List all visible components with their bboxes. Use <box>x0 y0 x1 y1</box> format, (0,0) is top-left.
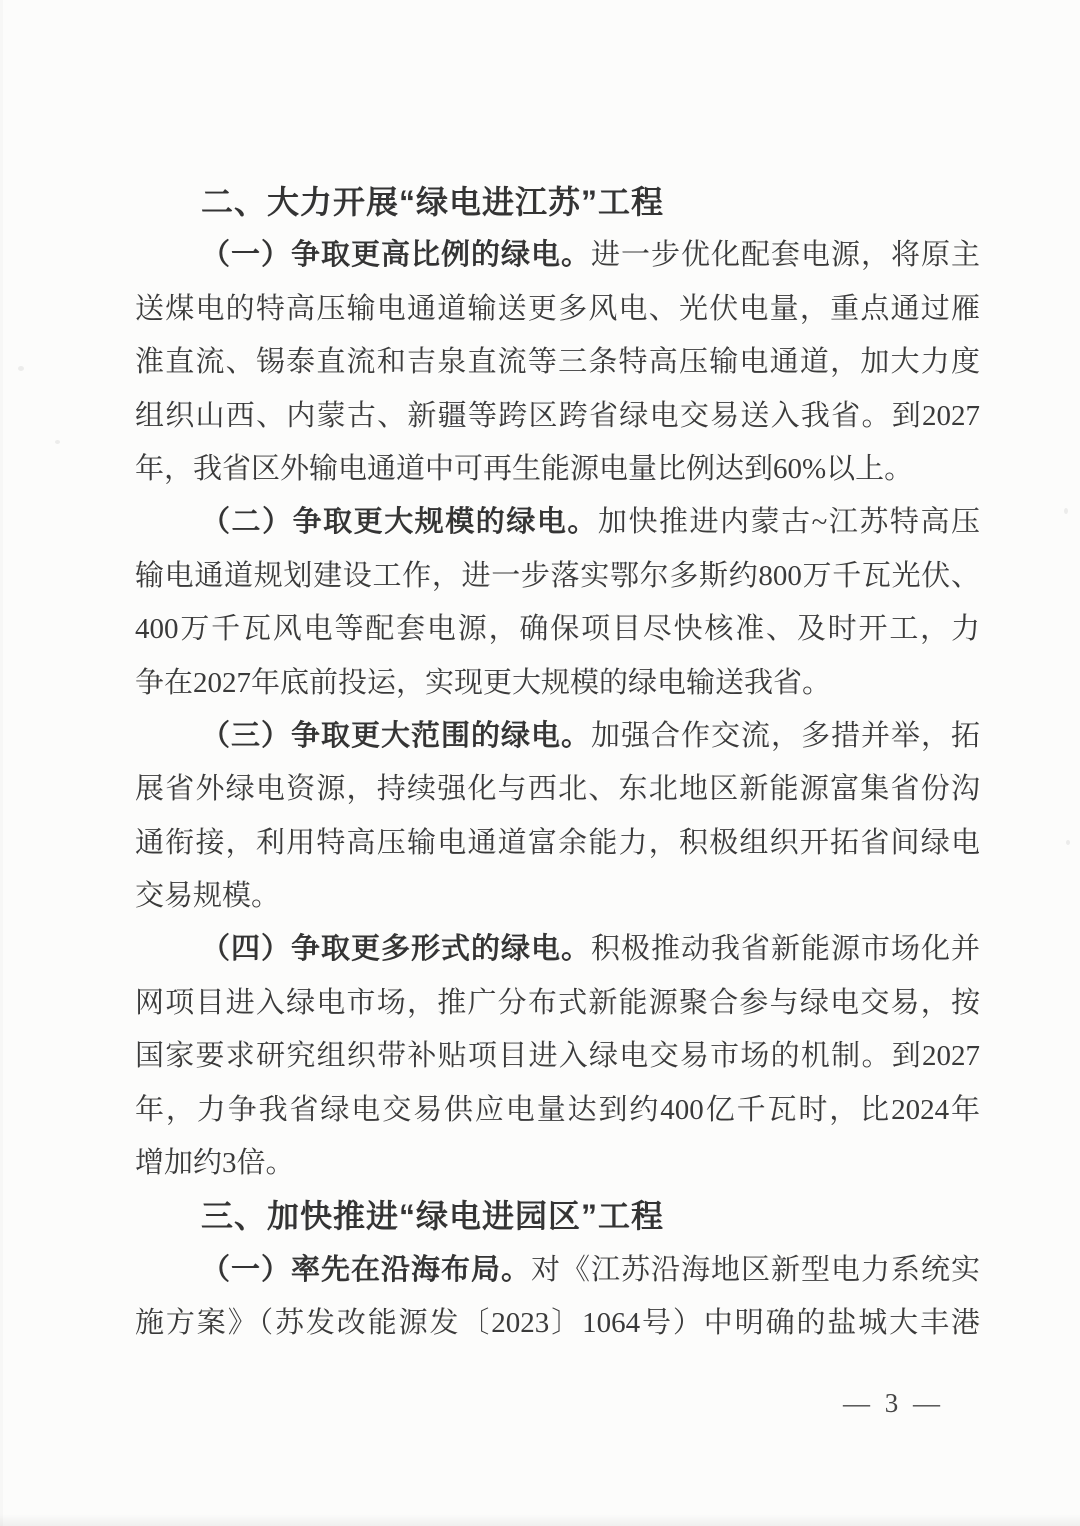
line-text: 送煤电的特高压输电通道输送更多风电、光伏电量，重点通过雁 <box>135 293 980 325</box>
scan-speck <box>1064 508 1068 514</box>
lead-bold-text: （一）率先在沿海布局。 <box>201 1254 531 1286</box>
heading-text: 三、加快推进“绿电进园区”工程 <box>201 1198 664 1234</box>
line-text: 争在2027年底前投运，实现更大规模的绿电输送我省。 <box>135 667 831 699</box>
body-line: 组织山西、内蒙古、新疆等跨区跨省绿电交易送入我省。到2027 <box>135 390 980 443</box>
lead-bold-text: （三）争取更大范围的绿电。 <box>201 720 591 752</box>
body-line: （二）争取更大规模的绿电。加快推进内蒙古~江苏特高压 <box>135 496 980 549</box>
line-text: 进一步优化配套电源，将原主 <box>591 239 980 271</box>
line-text: 输电通道规划建设工作，进一步落实鄂尔多斯约800万千瓦光伏、 <box>135 560 980 592</box>
body-line: 400万千瓦风电等配套电源，确保项目尽快核准、及时开工，力 <box>135 603 980 656</box>
body-line: （三）争取更大范围的绿电。加强合作交流，多措并举，拓 <box>135 710 980 763</box>
line-text: 淮直流、锡泰直流和吉泉直流等三条特高压输电通道，加大力度 <box>135 346 980 378</box>
line-text: 通衔接，利用特高压输电通道富余能力，积极组织开拓省间绿电 <box>135 827 980 859</box>
body-line: 施方案》（苏发改能源发〔2023〕1064号）中明确的盐城大丰港 <box>135 1297 980 1350</box>
lead-bold-text: （四）争取更多形式的绿电。 <box>201 933 591 965</box>
body-line: 增加约3倍。 <box>135 1137 980 1190</box>
scan-speck <box>55 440 60 444</box>
scan-edge-artifact <box>0 0 3 1526</box>
body-line: 年，我省区外输电通道中可再生能源电量比例达到60%以上。 <box>135 443 980 496</box>
line-text: 加快推进内蒙古~江苏特高压 <box>598 506 980 538</box>
body-line: （一）率先在沿海布局。对《江苏沿海地区新型电力系统实 <box>135 1244 980 1297</box>
body-line: 争在2027年底前投运，实现更大规模的绿电输送我省。 <box>135 657 980 710</box>
line-text: 年，力争我省绿电交易供应电量达到约400亿千瓦时，比2024年 <box>135 1094 980 1126</box>
line-text: 施方案》（苏发改能源发〔2023〕1064号）中明确的盐城大丰港 <box>135 1307 980 1339</box>
line-text: 网项目进入绿电市场，推广分布式新能源聚合参与绿电交易，按 <box>135 987 980 1019</box>
line-text: 国家要求研究组织带补贴项目进入绿电交易市场的机制。到2027 <box>135 1040 980 1072</box>
body-line: 通衔接，利用特高压输电通道富余能力，积极组织开拓省间绿电 <box>135 817 980 870</box>
line-text: 加强合作交流，多措并举，拓 <box>591 720 980 752</box>
scan-edge-artifact <box>0 1514 1080 1526</box>
body-line: 交易规模。 <box>135 870 980 923</box>
page-number: — 3 — <box>843 1388 944 1419</box>
body-line: 淮直流、锡泰直流和吉泉直流等三条特高压输电通道，加大力度 <box>135 336 980 389</box>
section-heading: 三、加快推进“绿电进园区”工程 <box>135 1190 980 1243</box>
body-line: 输电通道规划建设工作，进一步落实鄂尔多斯约800万千瓦光伏、 <box>135 550 980 603</box>
lead-bold-text: （一）争取更高比例的绿电。 <box>201 239 591 271</box>
document-page: 二、大力开展“绿电进江苏”工程 （一）争取更高比例的绿电。进一步优化配套电源，将… <box>0 0 1080 1526</box>
line-text: 积极推动我省新能源市场化并 <box>591 933 980 965</box>
document-body: 二、大力开展“绿电进江苏”工程 （一）争取更高比例的绿电。进一步优化配套电源，将… <box>135 176 980 1351</box>
body-line: 展省外绿电资源，持续强化与西北、东北地区新能源富集省份沟 <box>135 763 980 816</box>
line-text: 交易规模。 <box>135 880 280 912</box>
scan-speck <box>18 366 24 371</box>
section-heading: 二、大力开展“绿电进江苏”工程 <box>135 176 980 229</box>
line-text: 年，我省区外输电通道中可再生能源电量比例达到60%以上。 <box>135 453 913 485</box>
line-text: 对《江苏沿海地区新型电力系统实 <box>531 1254 980 1286</box>
line-text: 组织山西、内蒙古、新疆等跨区跨省绿电交易送入我省。到2027 <box>135 400 980 432</box>
body-line: （一）争取更高比例的绿电。进一步优化配套电源，将原主 <box>135 229 980 282</box>
line-text: 展省外绿电资源，持续强化与西北、东北地区新能源富集省份沟 <box>135 773 980 805</box>
lead-bold-text: （二）争取更大规模的绿电。 <box>201 506 598 538</box>
line-text: 400万千瓦风电等配套电源，确保项目尽快核准、及时开工，力 <box>135 613 980 645</box>
heading-text: 二、大力开展“绿电进江苏”工程 <box>201 184 664 220</box>
body-line: 网项目进入绿电市场，推广分布式新能源聚合参与绿电交易，按 <box>135 977 980 1030</box>
scan-speck <box>1066 840 1070 845</box>
body-line: 年，力争我省绿电交易供应电量达到约400亿千瓦时，比2024年 <box>135 1084 980 1137</box>
body-line: （四）争取更多形式的绿电。积极推动我省新能源市场化并 <box>135 923 980 976</box>
body-line: 送煤电的特高压输电通道输送更多风电、光伏电量，重点通过雁 <box>135 283 980 336</box>
body-line: 国家要求研究组织带补贴项目进入绿电交易市场的机制。到2027 <box>135 1030 980 1083</box>
line-text: 增加约3倍。 <box>135 1147 295 1179</box>
